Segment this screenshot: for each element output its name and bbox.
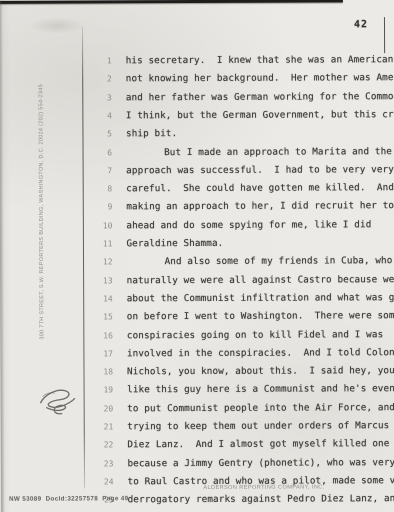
transcript-line: 16conspiracies going on to kill Fidel an… xyxy=(50,310,382,325)
transcript-line: 5ship bit. xyxy=(49,108,381,123)
transcript-line: 15on before I went to Washington. There … xyxy=(50,291,382,306)
transcript-line: 17involved in the conspiracies. And I to… xyxy=(50,328,382,343)
transcript-line: 19like this guy here is a Communist and … xyxy=(50,365,382,380)
transcript-line: 23because a Jimmy Gentry (phonetic), who… xyxy=(51,438,383,453)
transcript-line: 20to put Communist people into the Air F… xyxy=(51,383,383,398)
transcript-line: 13naturally we were all against Castro b… xyxy=(50,255,382,270)
transcript-line: 18Nichols, you know, about this. I said … xyxy=(50,346,382,361)
transcript-line: 3and her father was German working for t… xyxy=(49,72,381,87)
transcript-line: 14about the Communist infiltration and w… xyxy=(50,273,382,288)
transcript-lines: 1his secretary. I knew that she was an A… xyxy=(0,0,394,512)
transcript-line: 10ahead and do some spying for me, like … xyxy=(50,200,382,215)
transcript-line: 8careful. She could have gotten me kille… xyxy=(50,163,382,178)
transcript-line: 6But I made an approach to Marita and th… xyxy=(49,127,381,142)
transcript-line: 1his secretary. I knew that she was an A… xyxy=(49,35,381,50)
transcript-line: 7approach was successful. I had to be ve… xyxy=(50,145,382,160)
transcript-line: 2not knowing her background. Her mother … xyxy=(49,53,381,68)
transcript-line: 11Geraldine Shamma. xyxy=(50,218,382,233)
handwritten-scribble xyxy=(35,376,87,420)
scanned-document-page: 42 300 7TH STREET, S.W. REPORTERS BUILDI… xyxy=(0,0,394,512)
archive-stamp: NW 53089 DocId:32257578 Page 49 xyxy=(9,495,129,503)
page-content: 42 300 7TH STREET, S.W. REPORTERS BUILDI… xyxy=(0,0,394,512)
line-text: derrogatory remarks against Pedro Diez L… xyxy=(128,493,394,505)
transcript-line: 24to Raul Castro and who was a pilot, ma… xyxy=(51,456,383,471)
transcript-line: 22Diez Lanz. And I almost got myself kil… xyxy=(51,419,383,434)
footer-company-name: ALDERSON REPORTING COMPANY, INC. xyxy=(179,484,349,491)
transcript-line: 21trying to keep them out under orders o… xyxy=(51,401,383,416)
transcript-line: 12And also some of my friends in Cuba, w… xyxy=(50,236,382,251)
transcript-line: 4I think, but the German Government, but… xyxy=(49,90,381,105)
transcript-line: 9making an approach to her, I did recrui… xyxy=(50,182,382,197)
